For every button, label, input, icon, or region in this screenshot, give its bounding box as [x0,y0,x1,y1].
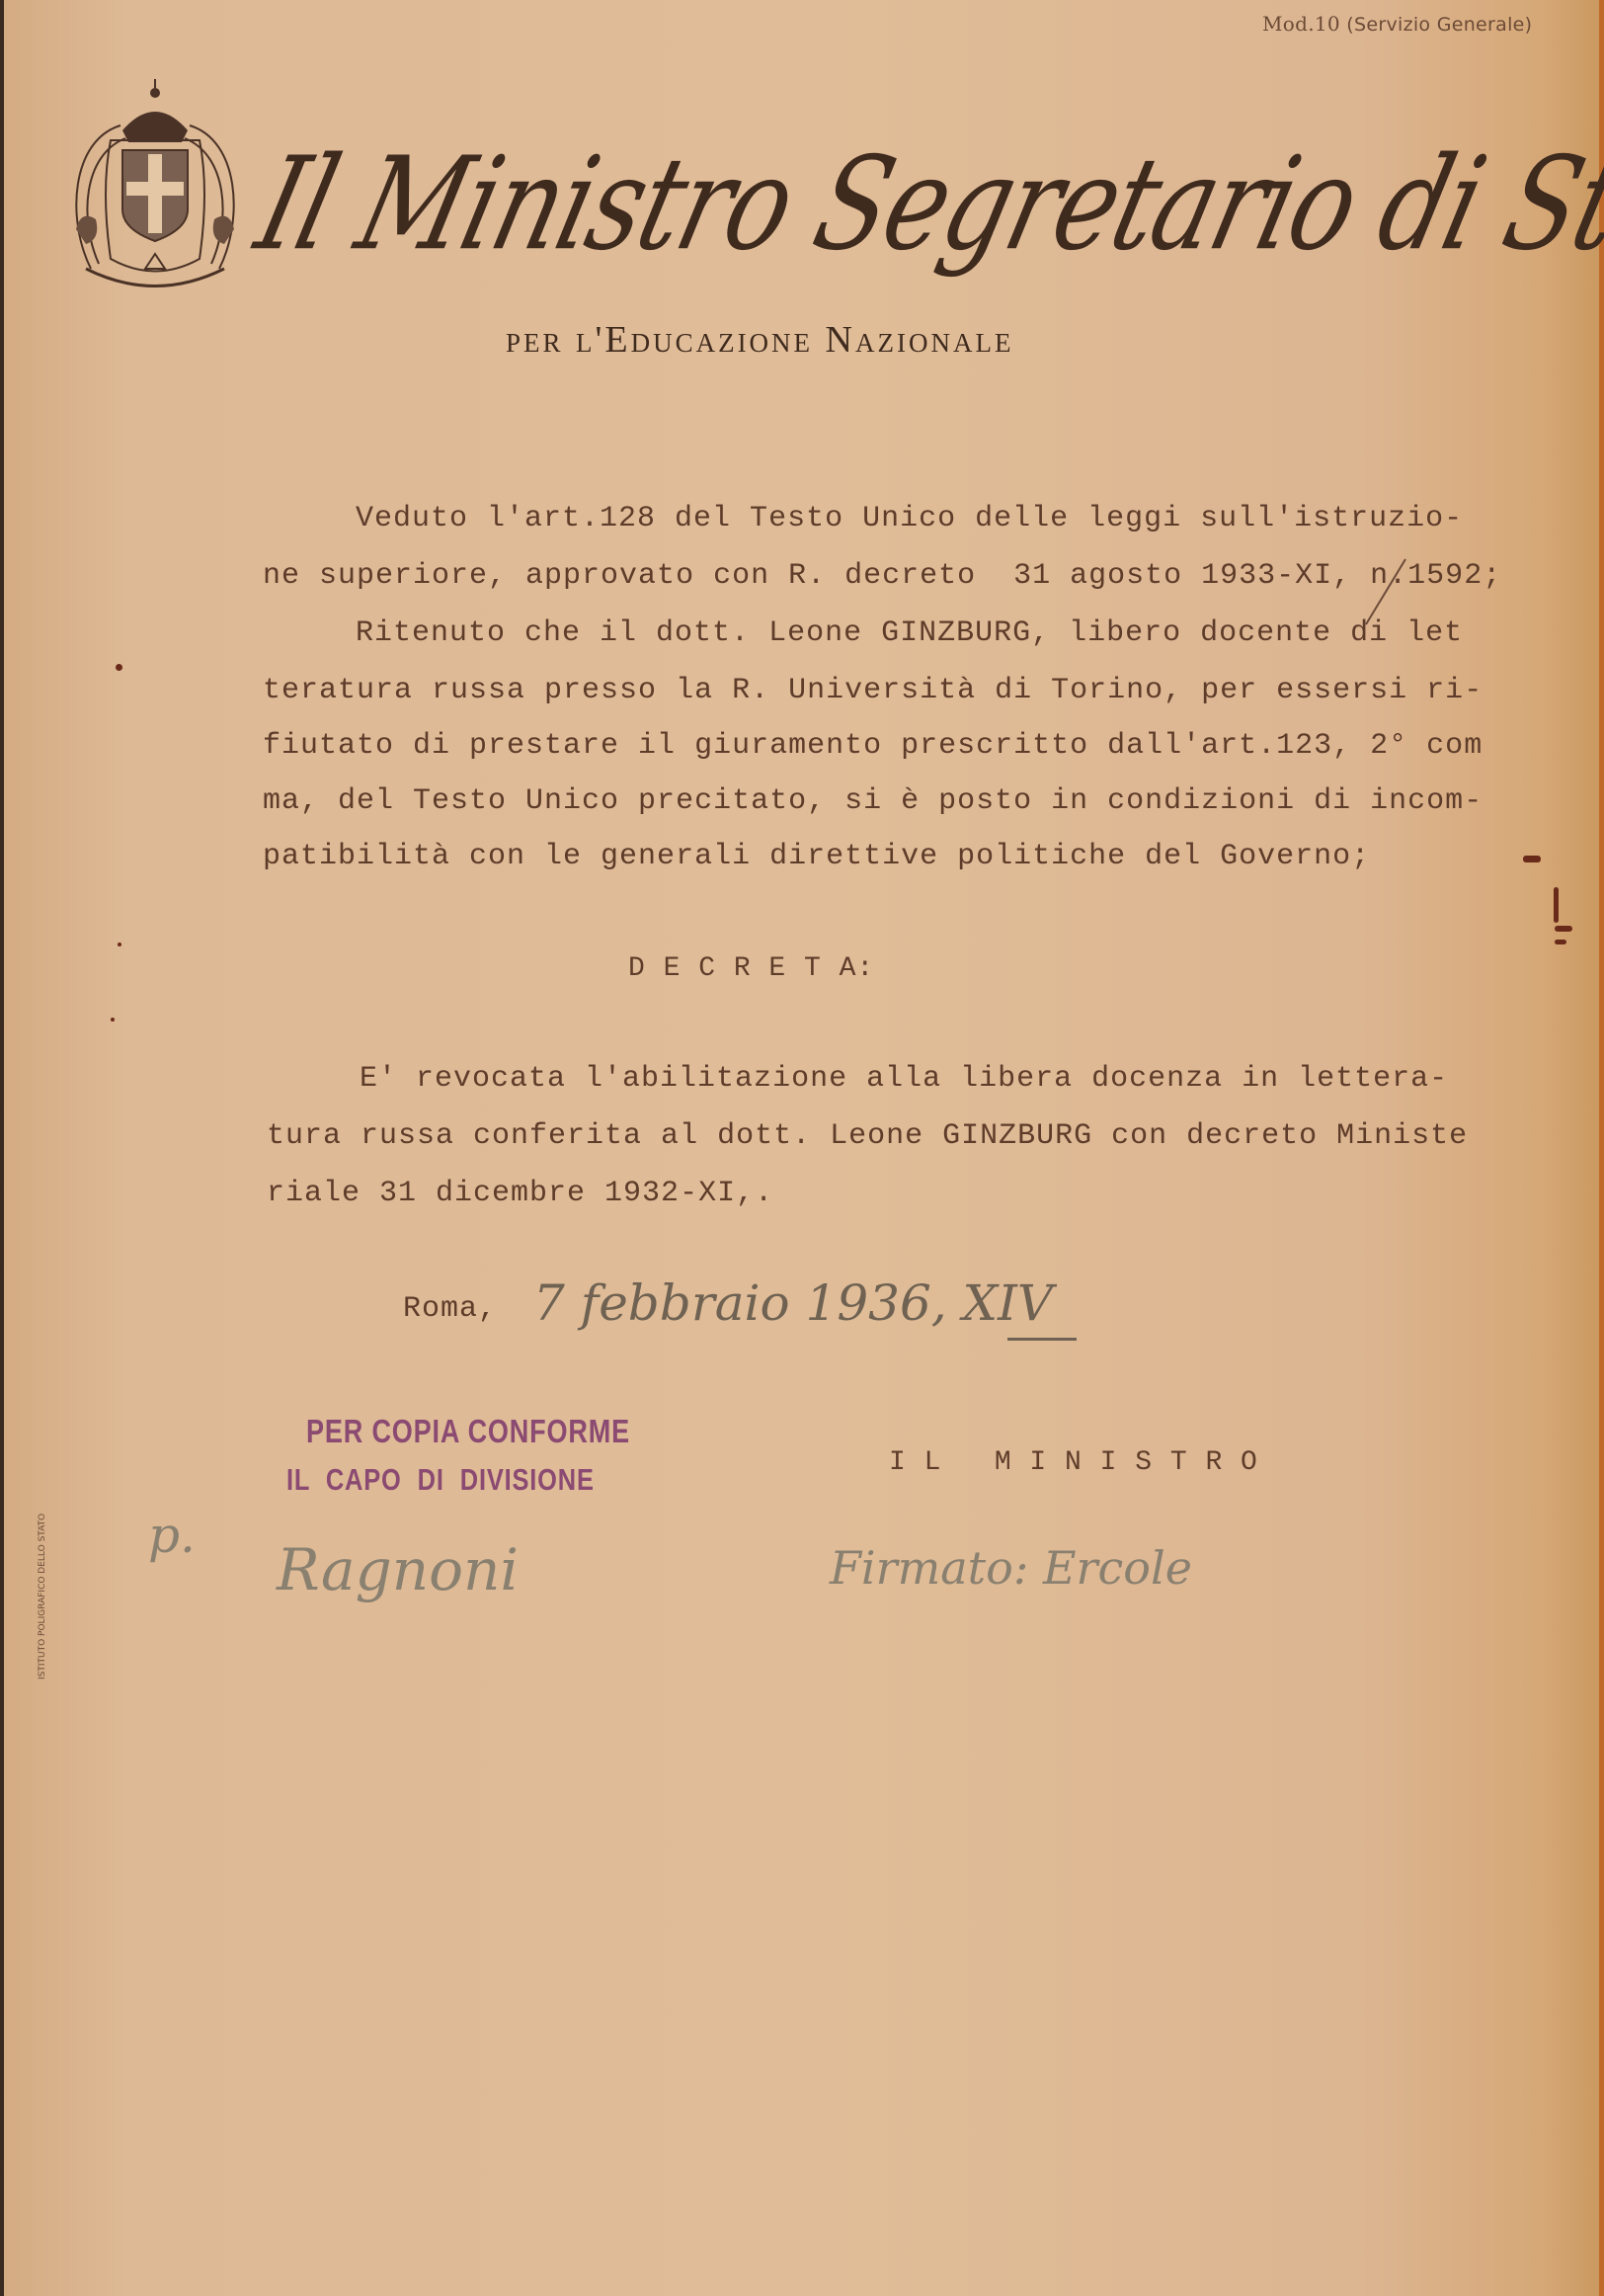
savoy-coat-of-arms-icon [61,71,249,303]
decree-line-2: tura russa conferita al dott. Leone GINZ… [267,1119,1468,1153]
letterhead-script-title: Il Ministro Segretario di Stato [244,128,1585,280]
punch-mark [116,664,122,671]
margin-mark [1523,856,1541,862]
left-initial: p. [148,1507,196,1564]
body-line-3: Ritenuto che il dott. Leone GINZBURG, li… [356,616,1463,650]
decree-line-1: E' revocata l'abilitazione alla libera d… [360,1062,1448,1096]
pen-correction-mark-icon [1358,553,1417,632]
letterhead-subtitle: per l'Educazione Nazionale [506,318,1013,362]
page-left-edge [0,0,4,2296]
body-line-5: fiutato di prestare il giuramento prescr… [263,729,1483,763]
page-right-edge [1599,0,1604,2296]
margin-mark [1555,926,1572,932]
punch-mark [111,1018,115,1022]
body-line-2: ne superiore, approvato con R. decreto 3… [263,559,1501,593]
stamp-line-2: IL CAPO DI DIVISIONE [286,1462,595,1498]
decree-line-3: riale 31 dicembre 1932-XI,. [267,1177,773,1210]
left-signature: Ragnoni [277,1536,519,1603]
margin-mark [1554,887,1559,923]
form-code-number: Mod.10 [1262,12,1340,36]
printer-imprint: ISTITUTO POLIGRAFICO DELLO STATO [38,1514,47,1680]
body-line-1: Veduto l'art.128 del Testo Unico delle l… [356,502,1463,535]
document-page: Mod.10 (Servizio Generale) Il Ministro S… [0,0,1604,2296]
handwritten-date: 7 febbraio 1936, XIV [533,1274,1053,1332]
body-line-4: teratura russa presso la R. Università d… [263,674,1483,707]
minister-label: I L M I N I S T R O [889,1447,1258,1478]
body-line-6: ma, del Testo Unico precitato, si è post… [263,784,1483,818]
form-code-desc: (Servizio Generale) [1346,14,1532,36]
date-underline [1007,1338,1077,1341]
decree-heading: D E C R E T A: [628,953,874,984]
punch-mark [118,943,121,946]
minister-signature: Firmato: Ercole [830,1541,1192,1595]
dateline-place: Roma, [403,1292,497,1326]
form-code: Mod.10 (Servizio Generale) [1262,12,1532,36]
body-line-7: patibilità con le generali direttive pol… [263,840,1370,873]
margin-mark [1555,940,1566,944]
stamp-line-1: PER COPIA CONFORME [306,1413,630,1450]
